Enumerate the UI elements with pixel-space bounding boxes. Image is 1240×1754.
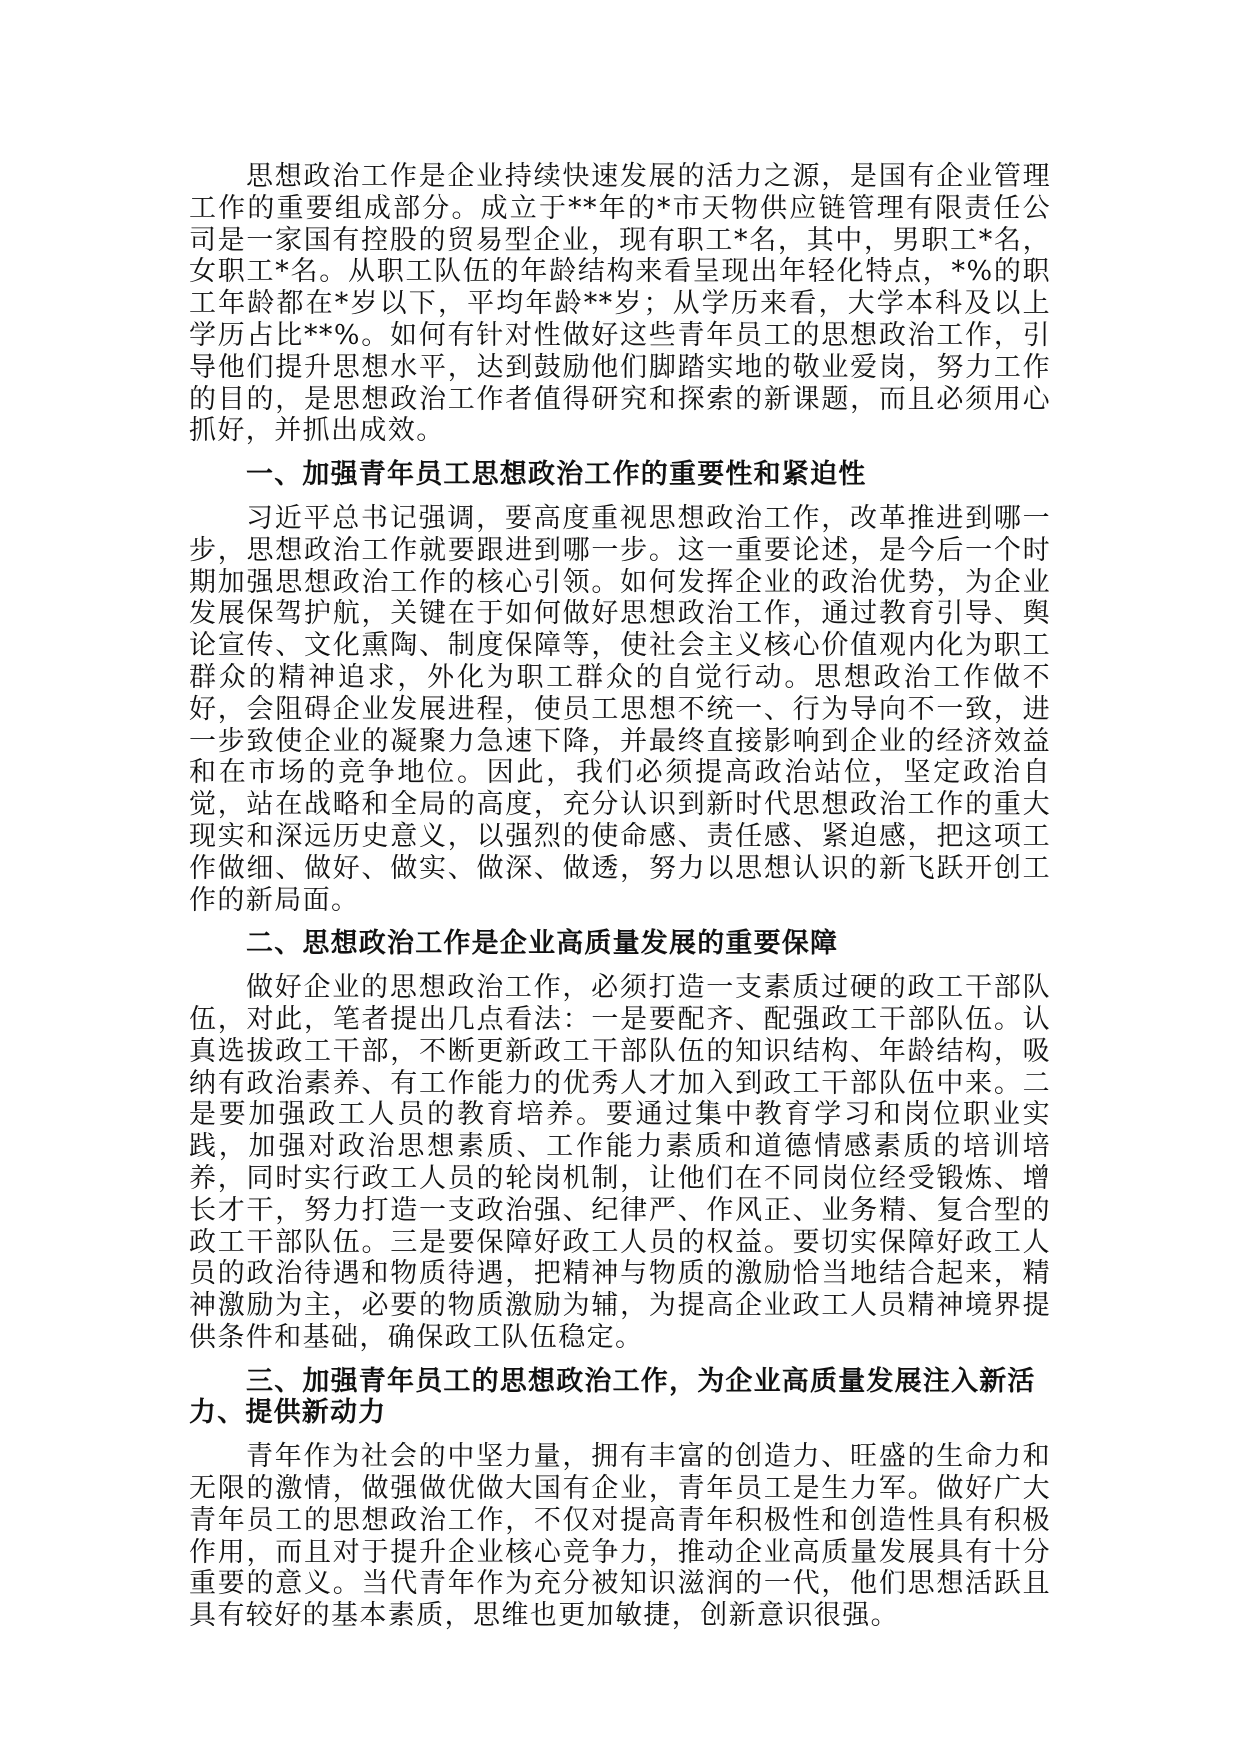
spacer bbox=[189, 916, 1051, 928]
spacer bbox=[189, 960, 1051, 972]
section-2-body: 做好企业的思想政治工作，必须打造一支素质过硬的政工干部队伍，对此，笔者提出几点看… bbox=[189, 972, 1051, 1354]
spacer bbox=[189, 447, 1051, 459]
section-1-body: 习近平总书记强调，要高度重视思想政治工作，改革推进到哪一步，思想政治工作就要跟进… bbox=[189, 503, 1051, 916]
spacer bbox=[189, 1429, 1051, 1441]
document-page: 思想政治工作是企业持续快速发展的活力之源，是国有企业管理工作的重要组成部分。成立… bbox=[189, 161, 1051, 1632]
section-3-heading: 三、加强青年员工的思想政治工作，为企业高质量发展注入新活力、提供新动力 bbox=[189, 1366, 1051, 1430]
spacer bbox=[189, 1354, 1051, 1366]
spacer bbox=[189, 491, 1051, 503]
section-2-heading: 二、思想政治工作是企业高质量发展的重要保障 bbox=[189, 928, 1051, 960]
intro-paragraph: 思想政治工作是企业持续快速发展的活力之源，是国有企业管理工作的重要组成部分。成立… bbox=[189, 161, 1051, 447]
section-1-heading: 一、加强青年员工思想政治工作的重要性和紧迫性 bbox=[189, 459, 1051, 491]
section-3-body: 青年作为社会的中坚力量，拥有丰富的创造力、旺盛的生命力和无限的激情，做强做优做大… bbox=[189, 1441, 1051, 1632]
